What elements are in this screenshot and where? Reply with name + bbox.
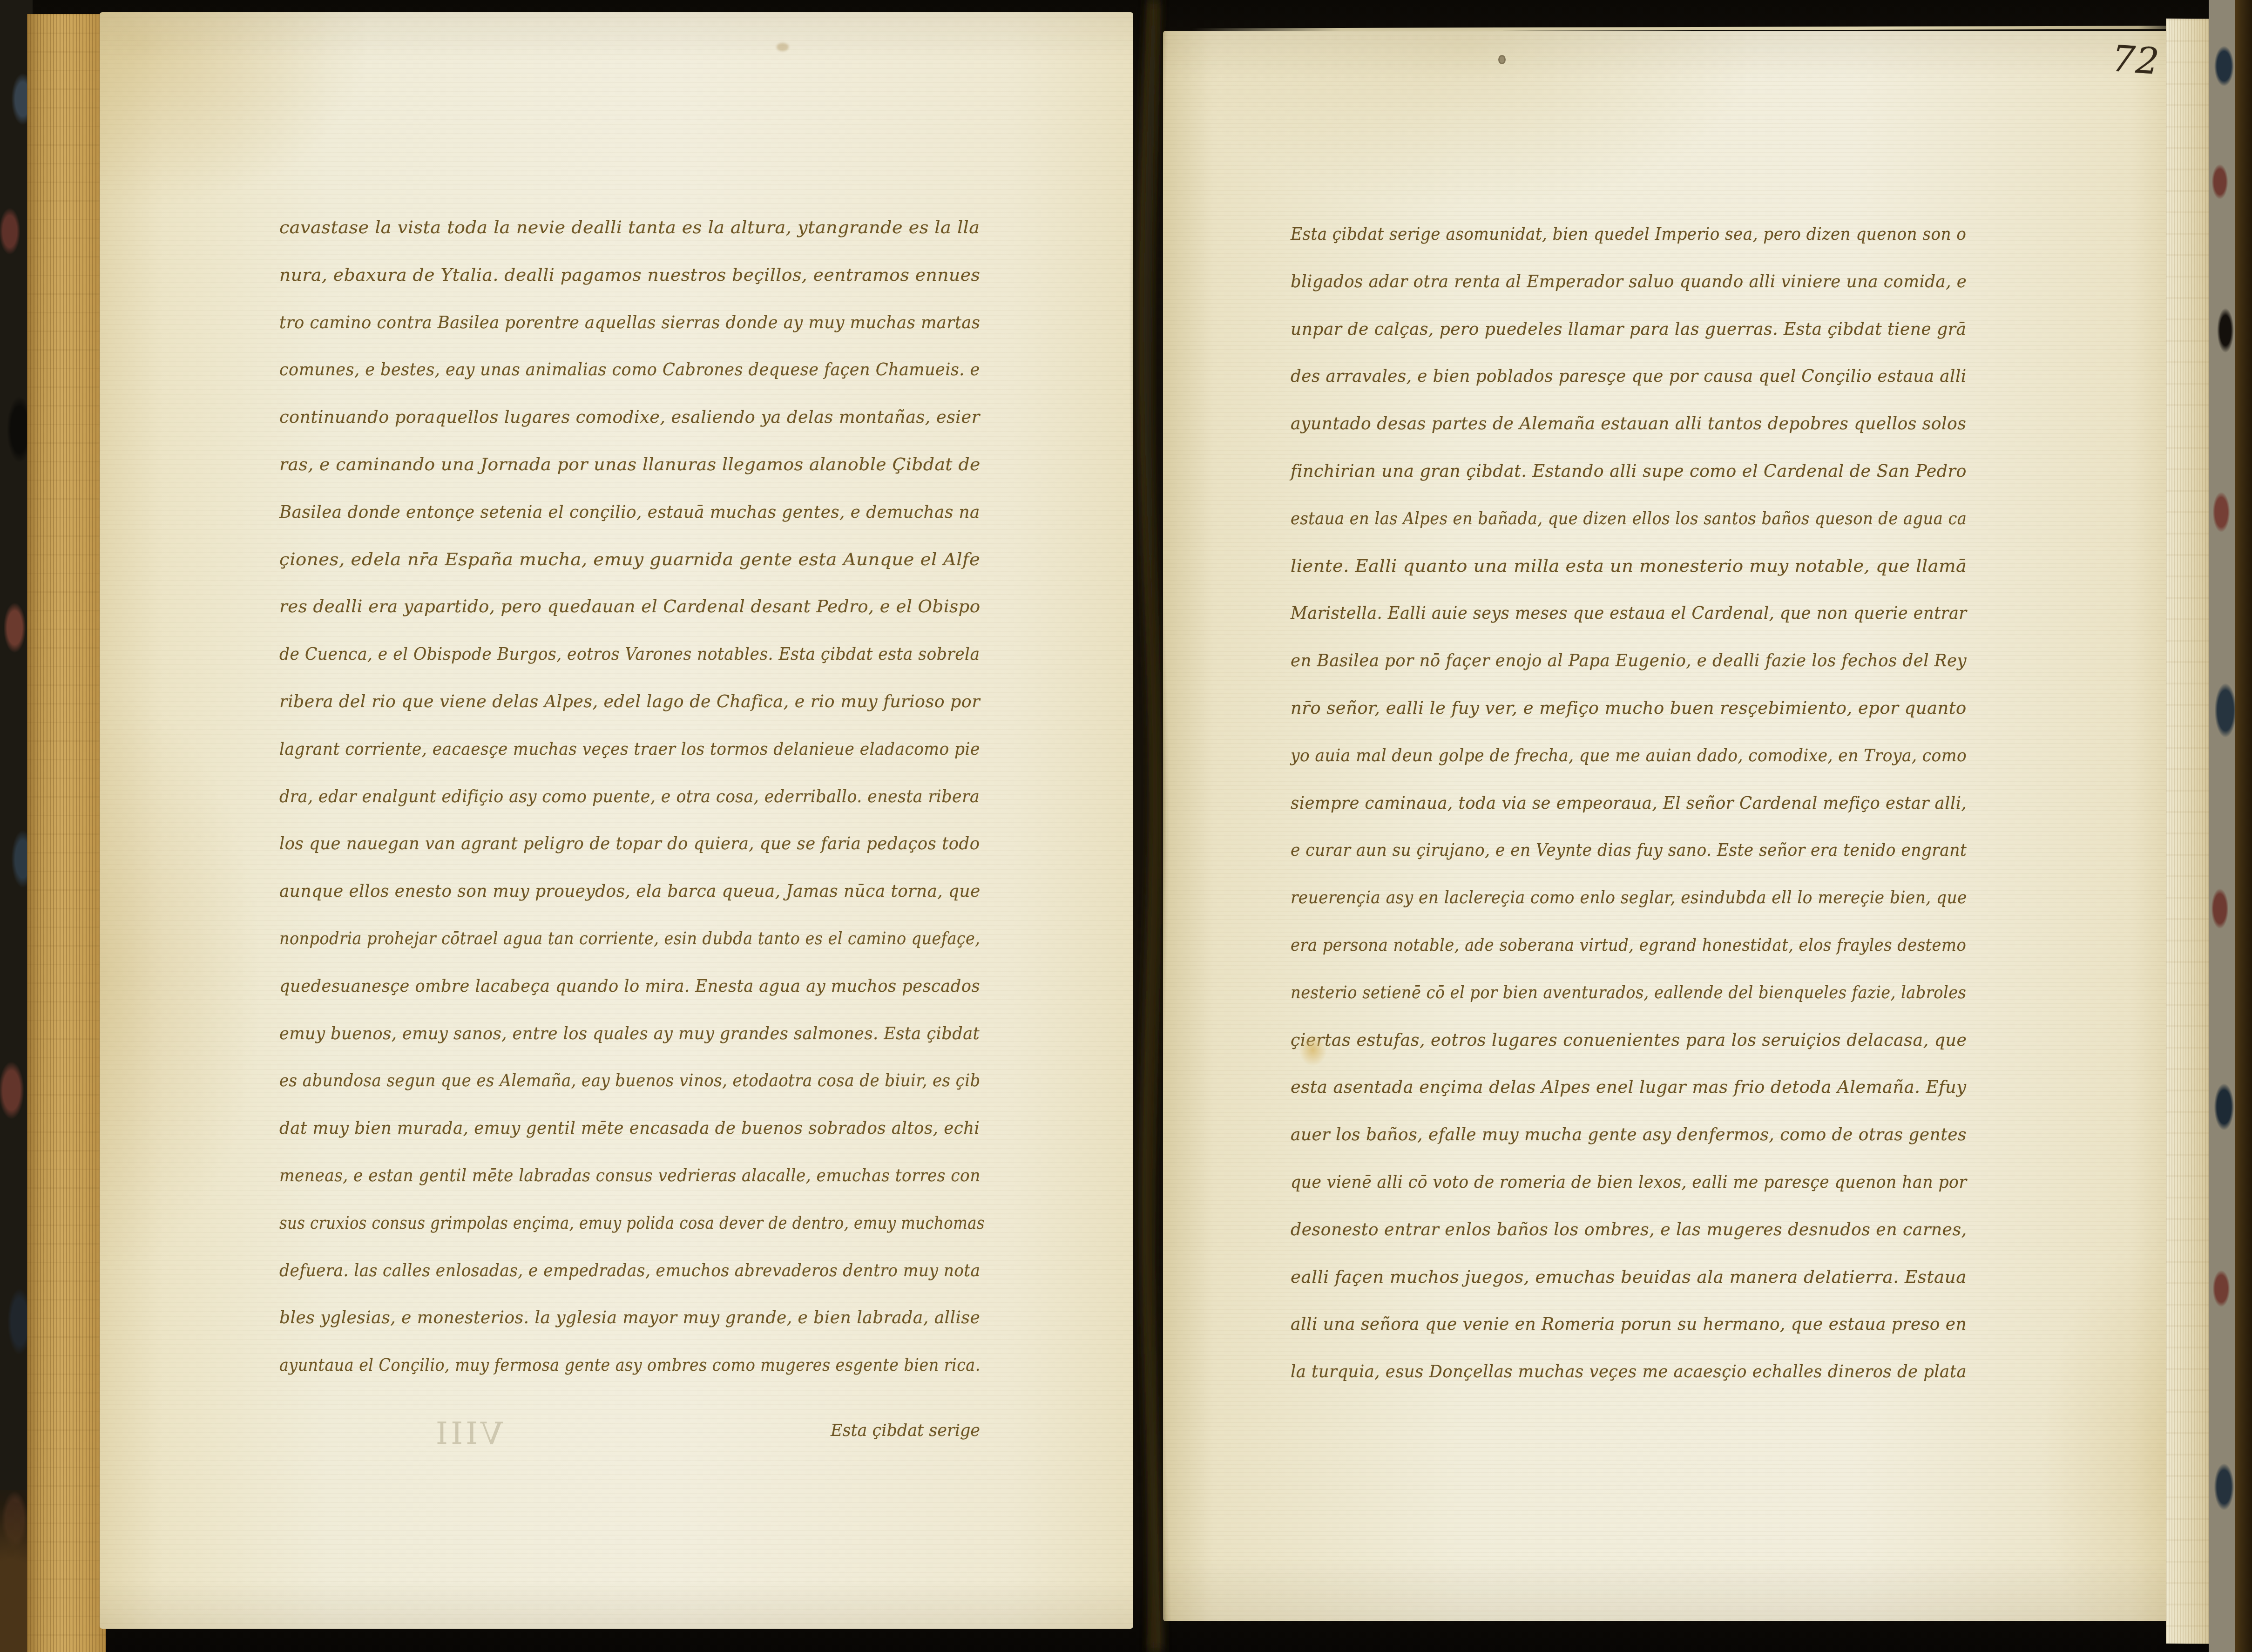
manuscript-line: ribera del rio que viene delas Alpes, ed… <box>279 678 980 725</box>
manuscript-line: los que nauegan van agrant peligro de to… <box>279 820 980 867</box>
right-page-edge-stack <box>2166 19 2211 1644</box>
manuscript-line: alli una señora que venie en Romeria por… <box>1291 1300 1967 1348</box>
show-through-mark: VIII <box>433 1415 503 1451</box>
manuscript-line: meneas, e estan gentil mēte labradas con… <box>279 1152 980 1199</box>
manuscript-line: continuando poraquellos lugares comodixe… <box>279 393 980 441</box>
manuscript-line: dat muy bien murada, emuy gentil mēte en… <box>279 1104 980 1152</box>
catchword: Esta çibdat serige <box>279 1410 980 1452</box>
manuscript-line: lagrant corriente, eacaesçe muchas veçes… <box>279 725 980 773</box>
manuscript-line: ayuntado desas partes de Alemaña estauan… <box>1291 400 1967 447</box>
right-cover-edge <box>2235 0 2252 1652</box>
manuscript-line: Maristella. Ealli auie seys meses que es… <box>1291 589 1967 637</box>
manuscript-line: ayuntaua el Conçilio, muy fermosa gente … <box>279 1341 980 1389</box>
manuscript-line: Esta çibdat serige asomunidat, bien qued… <box>1291 210 1967 258</box>
manuscript-line: ras, e caminando una Jornada por unas ll… <box>279 441 980 488</box>
manuscript-line: defuera. las calles enlosadas, e empedra… <box>279 1247 980 1294</box>
manuscript-line: des arravales, e bien poblados paresçe q… <box>1291 352 1967 400</box>
manuscript-line: res dealli era yapartido, pero quedauan … <box>279 583 980 630</box>
manuscript-line: siempre caminaua, toda via se empeoraua,… <box>1291 779 1967 827</box>
manuscript-line: nura, ebaxura de Ytalia. dealli pagamos … <box>279 251 980 299</box>
manuscript-line: quedesuanesçe ombre lacabeça quando lo m… <box>279 962 980 1010</box>
manuscript-line: auer los baños, efalle muy mucha gente a… <box>1291 1111 1967 1158</box>
right-page-text: Esta çibdat serige asomunidat, bien qued… <box>1291 210 1967 1395</box>
manuscript-line: nonpodria prohejar cōtrael agua tan corr… <box>279 915 980 962</box>
folio-number: 72 <box>2110 38 2178 84</box>
manuscript-line: dra, edar enalgunt edifiçio asy como pue… <box>279 773 980 820</box>
paper-stain <box>1299 1034 1327 1066</box>
manuscript-line: es abundosa segun que es Alemaña, eay bu… <box>279 1057 980 1104</box>
manuscript-line: çiertas estufas, eotros lugares conuenie… <box>1291 1016 1967 1064</box>
manuscript-line: estaua en las Alpes en bañada, que dizen… <box>1291 495 1967 542</box>
manuscript-line: aunque ellos enesto son muy proueydos, e… <box>279 867 980 915</box>
manuscript-book-photo: 72 cavastase la vista toda la nevie deal… <box>0 0 2252 1652</box>
manuscript-line: e curar aun su çirujano, e en Veynte dia… <box>1291 826 1967 874</box>
manuscript-line: sus cruxios consus grimpolas ençima, emu… <box>279 1199 980 1247</box>
manuscript-line: reuerençia asy en laclereçia como enlo s… <box>1291 874 1967 921</box>
manuscript-line: nr̄o señor, ealli le fuy ver, e mefiço m… <box>1291 684 1967 732</box>
manuscript-line: de Cuenca, e el Obispode Burgos, eotros … <box>279 630 980 678</box>
manuscript-line: esta asentada ençima delas Alpes enel lu… <box>1291 1063 1967 1111</box>
manuscript-line: bligados adar otra renta al Emperador sa… <box>1291 258 1967 305</box>
manuscript-line: nesterio setienē cō el por bien aventura… <box>1291 969 1967 1016</box>
manuscript-line: liente. Ealli quanto una milla esta un m… <box>1291 542 1967 590</box>
left-page-text: cavastase la vista toda la nevie dealli … <box>279 204 980 1389</box>
right-marbled-endpaper <box>2209 0 2237 1652</box>
manuscript-line: la turquia, esus Donçellas muchas veçes … <box>1291 1348 1967 1395</box>
manuscript-line: que vienē alli cō voto de romeria de bie… <box>1291 1158 1967 1206</box>
manuscript-line: desonesto entrar enlos baños los ombres,… <box>1291 1206 1967 1253</box>
manuscript-line: bles yglesias, e monesterios. la yglesia… <box>279 1294 980 1341</box>
manuscript-line: comunes, e bestes, eay unas animalias co… <box>279 346 980 393</box>
manuscript-line: emuy buenos, emuy sanos, entre los quale… <box>279 1010 980 1057</box>
manuscript-line: tro camino contra Basilea porentre aquel… <box>279 299 980 346</box>
manuscript-line: cavastase la vista toda la nevie dealli … <box>279 204 980 251</box>
manuscript-line: ealli façen muchos juegos, emuchas beuid… <box>1291 1253 1967 1301</box>
manuscript-line: yo auia mal deun golpe de frecha, que me… <box>1291 732 1967 779</box>
manuscript-line: en Basilea por nō façer enojo al Papa Eu… <box>1291 637 1967 684</box>
ink-speck <box>1498 55 1506 64</box>
left-page-fore-edge <box>27 14 106 1652</box>
manuscript-line: unpar de calças, pero puedeles llamar pa… <box>1291 305 1967 353</box>
manuscript-line: çiones, edela nr̄a España mucha, emuy gu… <box>279 536 980 583</box>
manuscript-line: Basilea donde entonçe setenia el conçili… <box>279 488 980 536</box>
manuscript-line: finchirian una gran çibdat. Estando alli… <box>1291 447 1967 495</box>
manuscript-line: era persona notable, ade soberana virtud… <box>1291 921 1967 969</box>
ink-smudge <box>777 43 789 51</box>
